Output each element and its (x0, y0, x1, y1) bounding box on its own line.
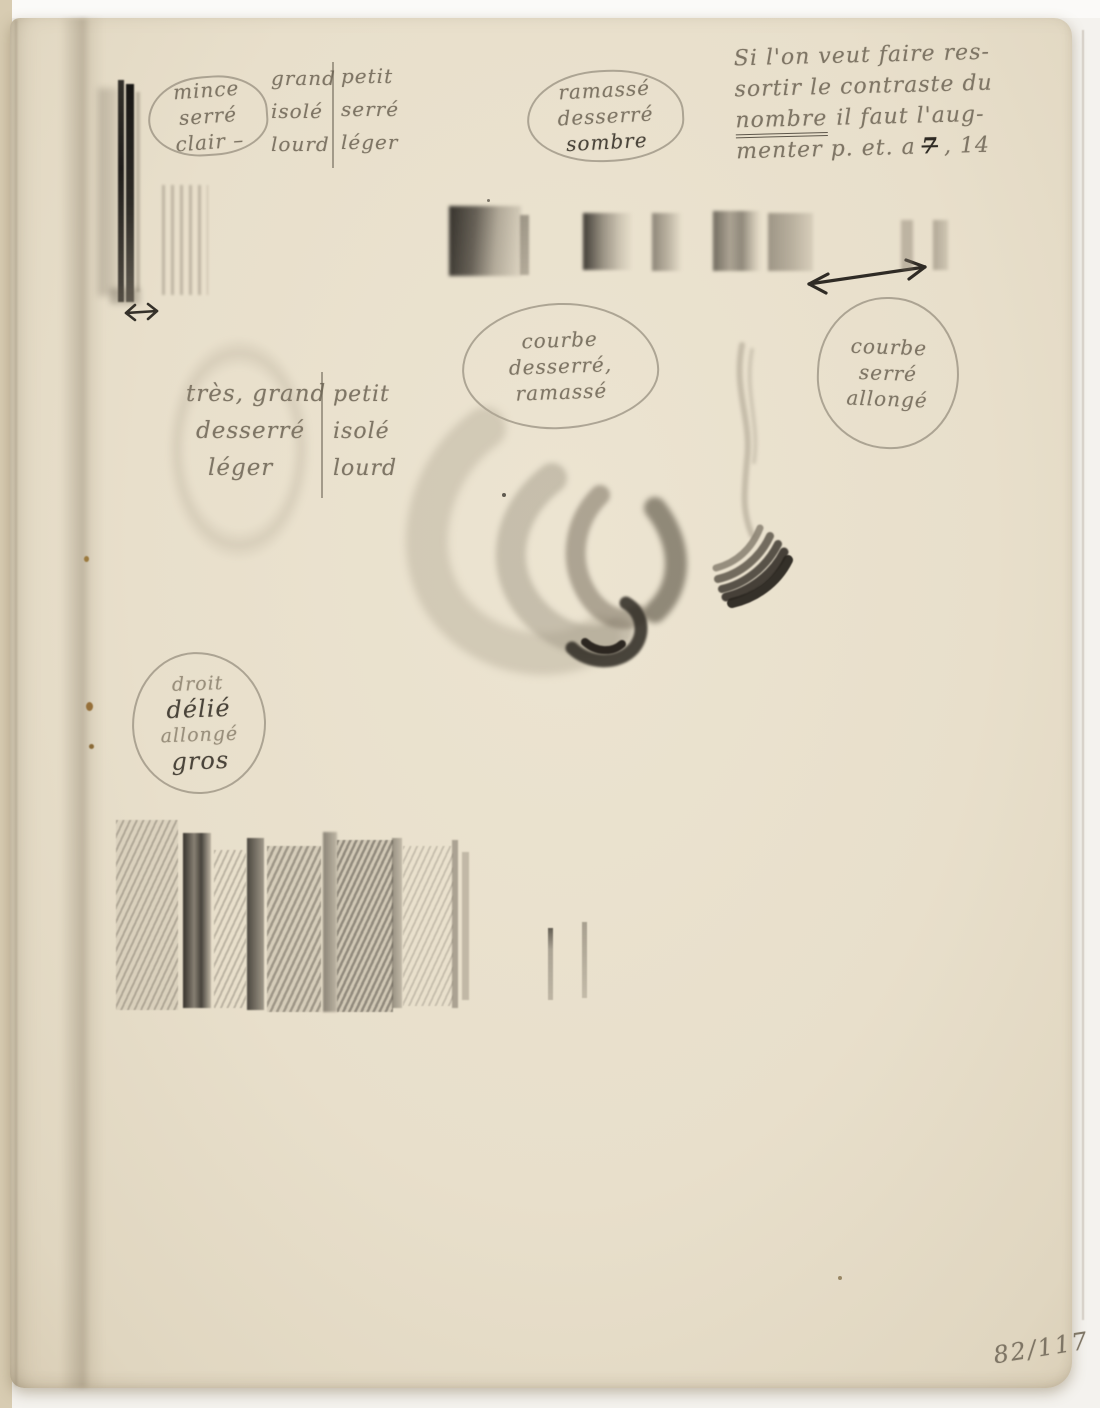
oval-text-line: desserré, (508, 351, 612, 381)
tone-bar (652, 213, 682, 271)
paper-fleck (487, 199, 490, 202)
page-edge-line (15, 20, 17, 1386)
fan-stroke (718, 536, 770, 579)
note-text: il faut l'aug- (836, 102, 985, 131)
oval-text-line: serré (178, 101, 238, 131)
column-divider-line (332, 62, 334, 168)
hatch-bar (267, 846, 321, 1012)
tone-bar (449, 206, 521, 276)
note-top-right: Si l'on veut faire res- sortir le contra… (733, 37, 994, 168)
note-text: sortir le contraste du (734, 71, 993, 103)
hatch-bar (403, 846, 453, 1006)
stripe-tail-smudge (110, 288, 140, 304)
thin-line (548, 928, 553, 1000)
column-word: léger (341, 126, 399, 159)
dark-line-bar (247, 838, 264, 1010)
central-crescents-drawing (380, 395, 700, 685)
tone-bar-thin (520, 215, 529, 275)
oval-text-line: clair – (175, 127, 245, 158)
paper-fleck (502, 493, 506, 497)
soft-line-bar (323, 832, 337, 1012)
note-text: menter p. et. a (736, 135, 916, 165)
oval-text-line: serré (859, 359, 918, 387)
tone-bar-faint (901, 220, 913, 270)
tone-bar (713, 211, 761, 271)
oval-text-line: délié (166, 694, 231, 723)
note-text: , 14 (944, 133, 991, 159)
hatch-bar (337, 840, 393, 1012)
column-word: grand (271, 62, 336, 95)
curved-fan-drawing (690, 330, 820, 620)
oval-text-line: courbe (521, 326, 598, 355)
thin-line (462, 852, 469, 1000)
word-column-petit-serre-leger: petit serré léger (341, 60, 399, 159)
thin-line (582, 922, 587, 998)
hatch-bar (214, 850, 246, 1008)
soft-line-bar (392, 838, 402, 1008)
glue-speck (89, 744, 94, 749)
column-word: lourd (271, 128, 336, 161)
stripe-smudge-band (98, 88, 118, 296)
column-word: petit (341, 60, 399, 93)
thin-line (452, 840, 458, 1008)
dark-line-bar (183, 833, 211, 1008)
column-word: isolé (271, 95, 336, 128)
erased-oval-ghost (166, 336, 312, 562)
column-word: serré (341, 93, 399, 126)
oval-text-line: droit (172, 671, 224, 697)
tone-bar (583, 213, 633, 270)
oval-text-line: allongé (846, 385, 928, 414)
faint-stripe-group (162, 185, 208, 295)
glue-speck (84, 556, 89, 562)
column-divider-line (321, 372, 323, 498)
double-arrow-icon (795, 252, 940, 300)
stripe-dark-line (118, 80, 124, 302)
tone-bar-faint (933, 220, 948, 270)
stripe-dark-line (126, 84, 134, 302)
sketchbook-scan: mince serré clair – grand isolé lourd pe… (0, 0, 1100, 1408)
oval-text-line: allongé (160, 721, 238, 749)
oval-text-line: sombre (566, 127, 649, 157)
paper-fleck (838, 1276, 842, 1280)
word-column-grand-isole-lourd: grand isolé lourd (271, 62, 336, 161)
glue-speck (86, 702, 93, 711)
stripe-faint-line (136, 92, 140, 292)
tone-bar (768, 213, 813, 271)
struck-number-seven: 7 (921, 133, 938, 159)
oval-text-line: gros (171, 746, 230, 775)
crescent-stroke-dark-right (655, 508, 676, 612)
hatch-bar (116, 820, 178, 1010)
next-sheet-edge (1082, 30, 1084, 1320)
note-text: Si l'on veut faire res- (733, 40, 990, 72)
oval-text-line: courbe (850, 333, 927, 362)
